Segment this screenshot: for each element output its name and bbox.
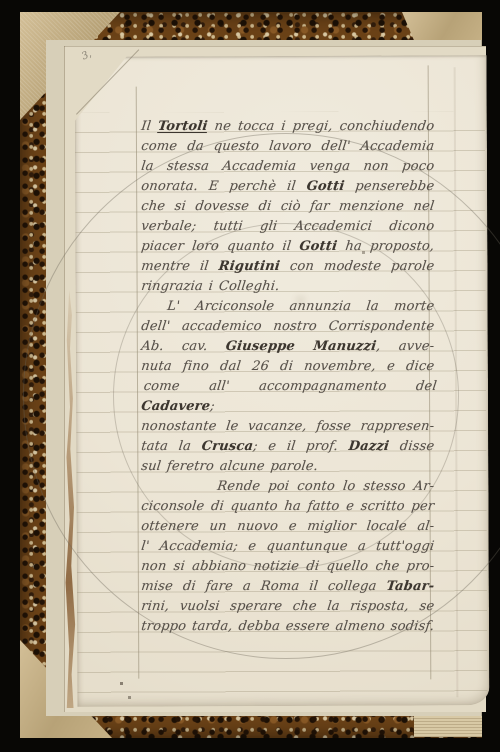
manuscript-line: Il Tortoli ne tocca i pregi, conchiudend…	[140, 117, 435, 137]
manuscript-line: onorata. E perchè il Gotti penserebbe	[140, 177, 435, 197]
manuscript-line: non si abbiano notizie di quello che pro…	[140, 557, 435, 577]
emphasized-word: Tabar-	[386, 579, 436, 594]
handwriting-segment: nonostante le vacanze, fosse rappresen-	[140, 419, 435, 434]
manuscript-text: Il Tortoli ne tocca i pregi, conchiudend…	[140, 117, 433, 637]
handwriting-segment: come all' accompagnamento del	[143, 379, 438, 394]
handwriting-segment: ottenere un nuovo e miglior locale al-	[140, 519, 435, 534]
manuscript-line: piacer loro quanto il Gotti ha proposto,	[140, 237, 435, 257]
handwriting-segment: ; e il prof.	[252, 439, 349, 454]
manuscript-line: nuta fino dal 26 di novembre, e dice	[140, 357, 435, 377]
handwriting-segment: come da questo lavoro dell' Accademia	[140, 139, 435, 154]
handwriting-segment: ;	[209, 399, 215, 414]
manuscript-line: nonostante le vacanze, fosse rappresen-	[140, 417, 435, 437]
handwriting-segment: tata la	[140, 439, 202, 454]
emphasized-word: Dazzi	[348, 439, 390, 454]
manuscript-line: mise di fare a Roma il collega Tabar-	[140, 577, 435, 597]
manuscript-line: mentre il Rigutini con modeste parole	[140, 257, 435, 277]
emphasized-word: Gotti	[298, 239, 338, 254]
paper-specks	[0, 0, 1, 1]
manuscript-line: ottenere un nuovo e miglior locale al-	[140, 517, 435, 537]
handwriting-segment: , avve-	[375, 339, 435, 354]
manuscript-line: troppo tarda, debba essere almeno sodisf…	[140, 617, 435, 637]
manuscript-line: l' Accademia; e quantunque a tutt'oggi	[140, 537, 435, 557]
manuscript-line: ciconsole di quanto ha fatto e scritto p…	[140, 497, 435, 517]
handwriting-segment: che si dovesse di ciò far menzione nel	[140, 199, 435, 214]
handwriting-segment: onorata. E perchè il	[140, 179, 307, 194]
handwriting-segment: con modeste parole	[279, 259, 435, 274]
emphasized-word: Rigutini	[218, 259, 281, 274]
handwriting-segment: ringrazia i Colleghi.	[140, 279, 280, 294]
emphasized-word: Cadavere	[140, 399, 211, 414]
manuscript-line: come all' accompagnamento del Cadavere;	[140, 377, 438, 417]
handwriting-segment: Rende poi conto lo stesso Ar-	[216, 479, 435, 494]
manuscript-line: dell' accademico nostro Corrispondente	[140, 317, 435, 337]
emphasized-word: Tortoli	[157, 119, 208, 134]
handwriting-segment: penserebbe	[343, 179, 435, 194]
manuscript-line: tata la Crusca; e il prof. Dazzi disse	[140, 437, 435, 457]
handwriting-segment: la stessa Accademia venga non poco	[140, 159, 435, 174]
handwriting-segment: sul feretro alcune parole.	[140, 459, 319, 474]
handwriting-segment: Il	[140, 119, 159, 134]
manuscript-line: rini, vuolsi sperare che la risposta, se	[140, 597, 435, 617]
handwriting-segment: nuta fino dal 26 di novembre, e dice	[140, 359, 435, 374]
handwriting-segment: mentre il	[140, 259, 219, 274]
emphasized-word: Giuseppe Manuzzi	[225, 339, 377, 354]
handwriting-segment: troppo tarda, debba essere almeno sodisf…	[140, 619, 435, 634]
emphasized-word: Crusca	[201, 439, 254, 454]
handwriting-segment: ha proposto,	[336, 239, 435, 254]
handwriting-segment: verbale; tutti gli Accademici dicono	[140, 219, 435, 234]
manuscript-line: verbale; tutti gli Accademici dicono	[140, 217, 435, 237]
manuscript-line: che si dovesse di ciò far menzione nel	[140, 197, 435, 217]
handwriting-segment: disse	[388, 439, 435, 454]
handwriting-segment: rini, vuolsi sperare che la risposta, se	[140, 599, 435, 614]
handwriting-segment: ne tocca i pregi, conchiudendo	[207, 119, 436, 134]
emphasized-word: Gotti	[306, 179, 346, 194]
handwriting-segment: mise di fare a Roma il collega	[140, 579, 387, 594]
handwriting-segment: piacer loro quanto il	[140, 239, 300, 254]
handwriting-segment: L' Arciconsole annunzia la morte	[166, 299, 435, 314]
manuscript-photo: 3, Il Tortoli ne tocca i pregi, conchiud…	[0, 0, 500, 752]
manuscript-line: Ab. cav. Giuseppe Manuzzi, avve-	[140, 337, 435, 357]
handwriting-segment: dell' accademico nostro Corrispondente	[140, 319, 435, 334]
manuscript-line: come da questo lavoro dell' Accademia	[140, 137, 435, 157]
manuscript-line: la stessa Accademia venga non poco	[140, 157, 435, 177]
handwriting-segment: Ab. cav.	[140, 339, 226, 354]
handwriting-segment: l' Accademia; e quantunque a tutt'oggi	[140, 539, 435, 554]
manuscript-line: L' Arciconsole annunzia la morte	[140, 297, 435, 317]
manuscript-line: ringrazia i Colleghi.	[140, 277, 435, 297]
manuscript-line: Rende poi conto lo stesso Ar-	[140, 477, 435, 497]
manuscript-line: sul feretro alcune parole.	[140, 457, 435, 477]
handwriting-segment: ciconsole di quanto ha fatto e scritto p…	[140, 499, 435, 514]
handwriting-segment: non si abbiano notizie di quello che pro…	[140, 559, 435, 574]
